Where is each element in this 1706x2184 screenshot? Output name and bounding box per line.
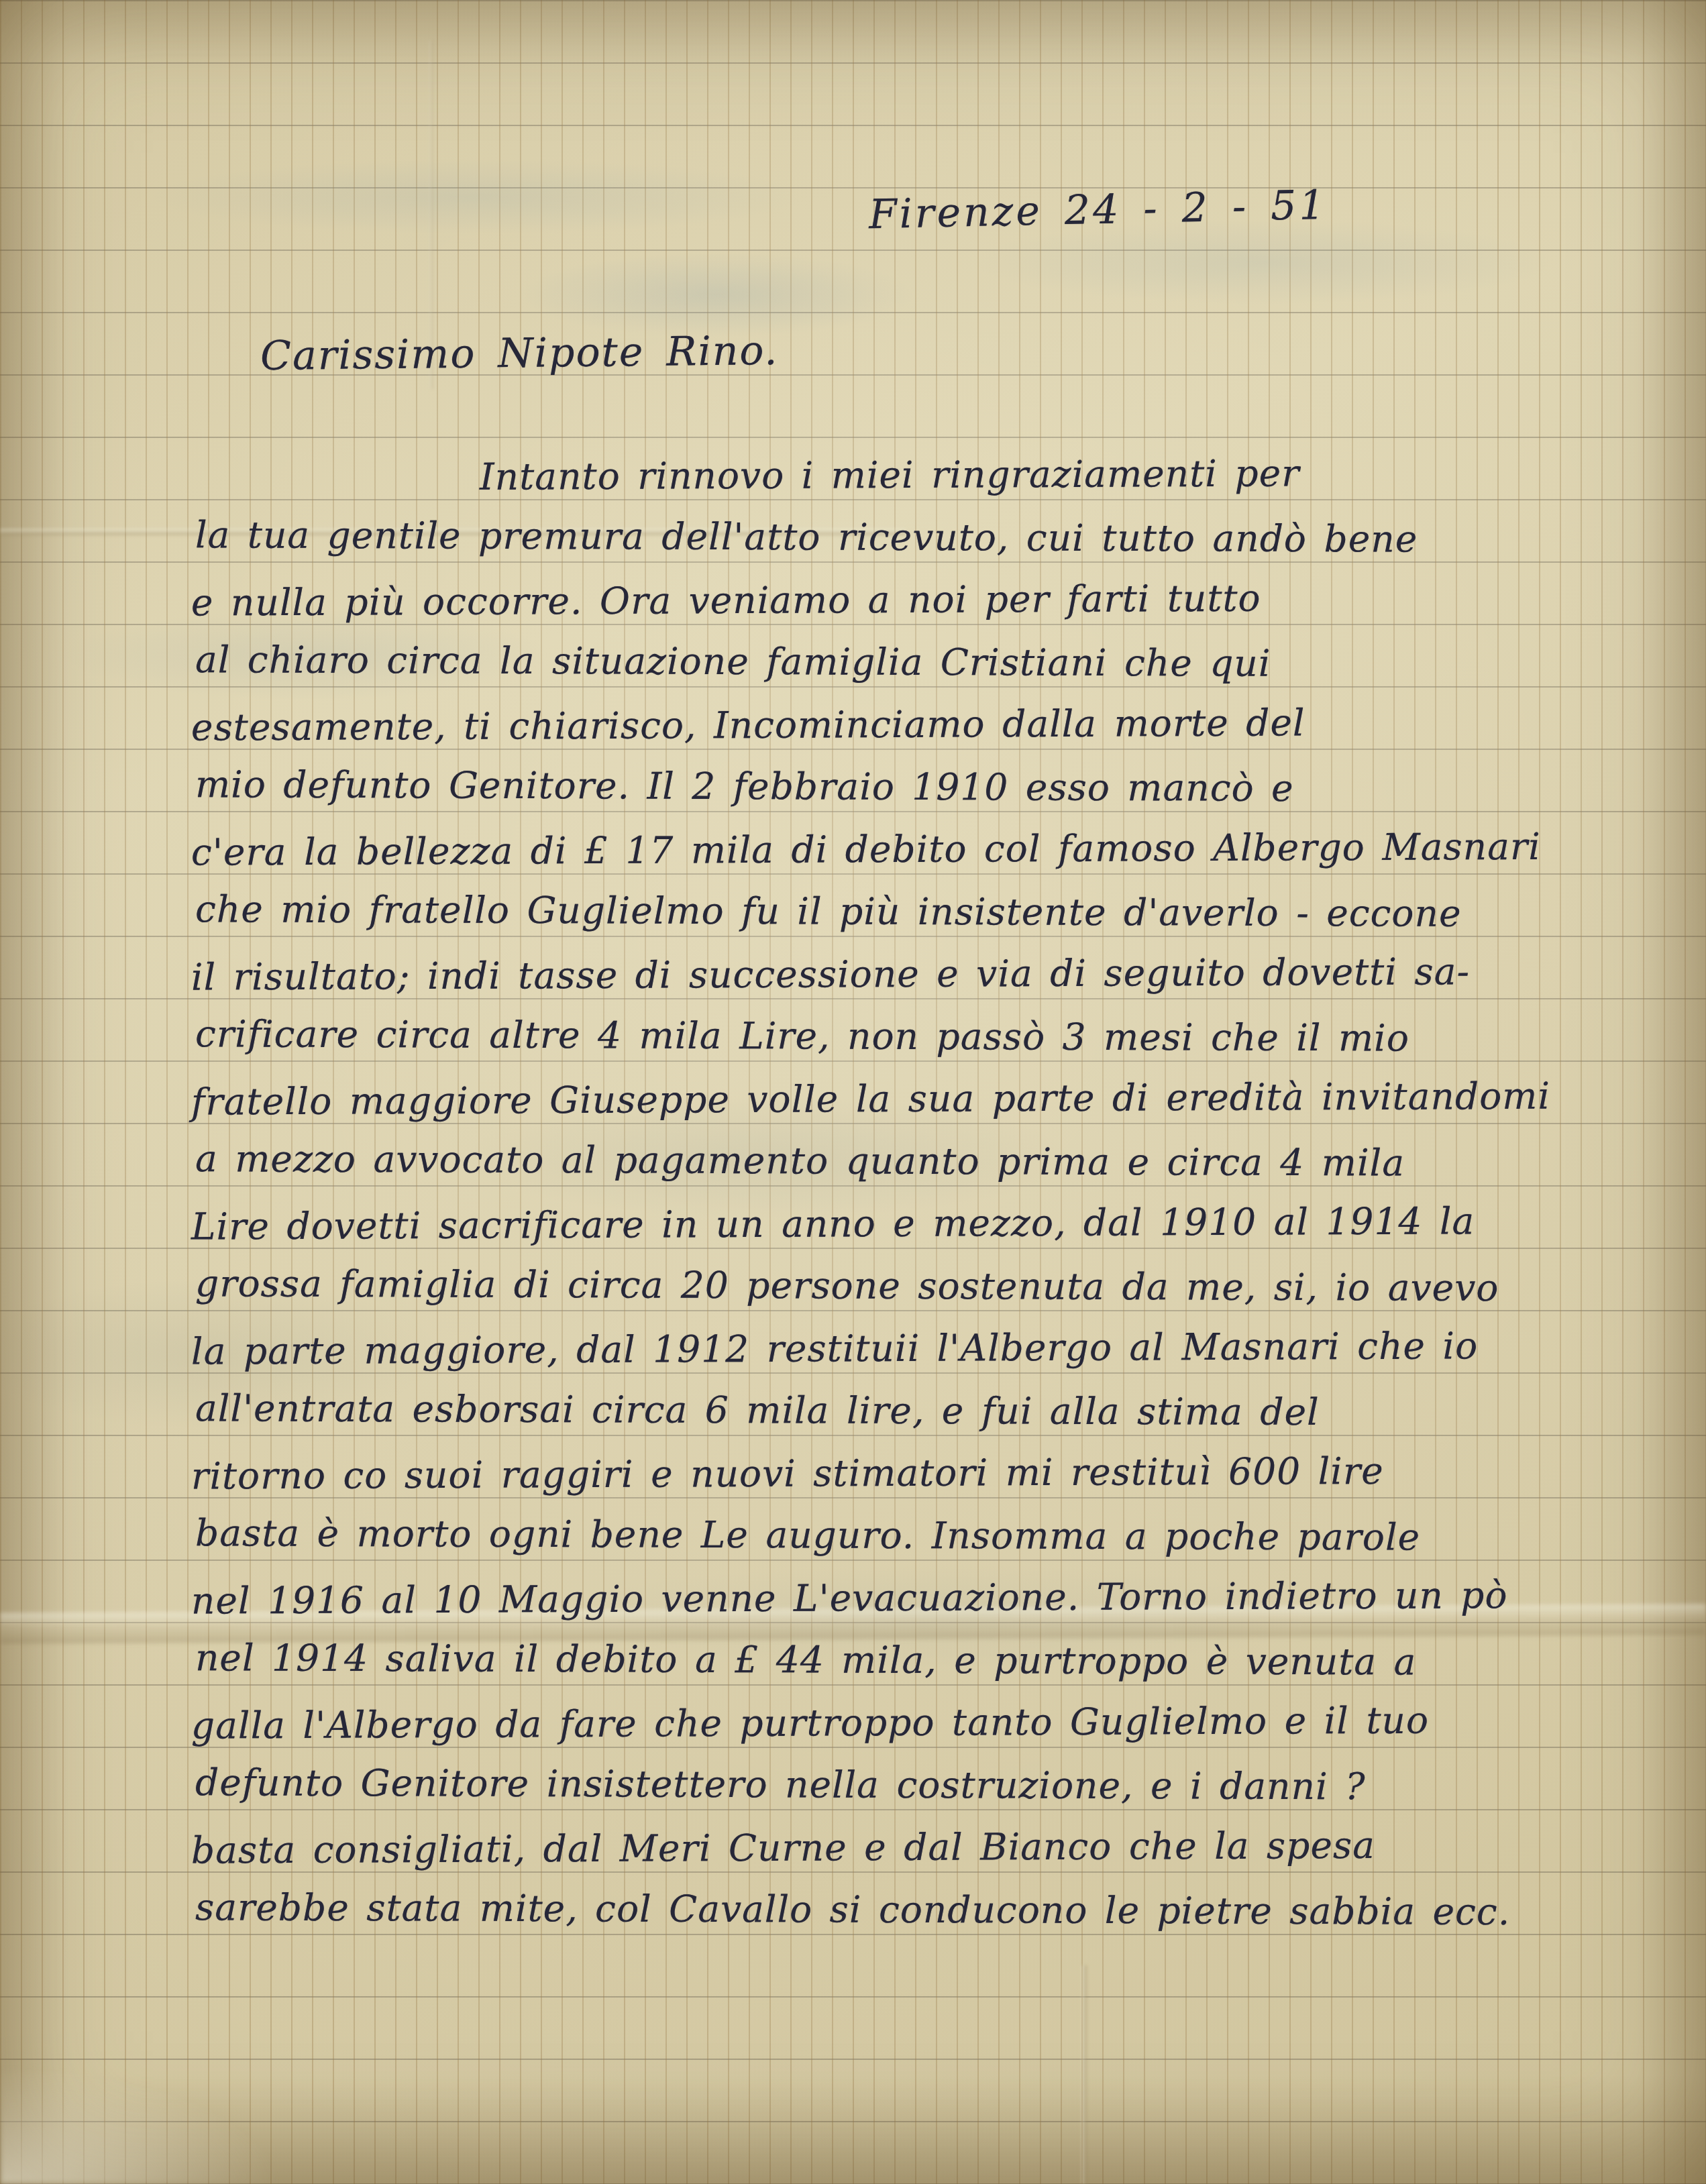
letter-line: Lire dovetti sacrificare in un anno e me… — [191, 1189, 1613, 1258]
letter-line: galla l'Albergo da fare che purtroppo ta… — [191, 1688, 1613, 1757]
letter-line: il risultato; indi tasse di successione … — [191, 940, 1613, 1008]
letter-line: mio defunto Genitore. Il 2 febbraio 1910… — [195, 753, 1617, 820]
letter-line: Intanto rinnovo i miei ringraziamenti pe… — [191, 441, 1613, 509]
letter-line: basta consigliati, dal Meri Curne e dal … — [191, 1813, 1613, 1881]
letter-line: all'entrata esborsai circa 6 mila lire, … — [195, 1377, 1617, 1444]
letter-line: nel 1916 al 10 Maggio venne L'evacuazion… — [191, 1564, 1613, 1632]
letter-line: grossa famiglia di circa 20 persone sost… — [195, 1252, 1617, 1319]
letter-line: la tua gentile premura dell'atto ricevut… — [195, 504, 1617, 571]
letter-line: estesamente, ti chiarisco, Incominciamo … — [191, 690, 1613, 759]
letter-date: Firenze 24 - 2 - 51 — [868, 182, 1328, 238]
letter-line: al chiaro circa la situazione famiglia C… — [195, 629, 1617, 696]
letter-salutation: Carissimo Nipote Rino. — [260, 327, 779, 380]
letter-line: defunto Genitore insistettero nella cost… — [195, 1751, 1617, 1818]
fold-crease-vertical-bottom — [1081, 1965, 1087, 2184]
letter-line: crificare circa altre 4 mila Lire, non p… — [195, 1003, 1617, 1070]
letter-line: la parte maggiore, dal 1912 restituii l'… — [191, 1314, 1613, 1382]
letter-page: Firenze 24 - 2 - 51 Carissimo Nipote Rin… — [0, 0, 1706, 2184]
letter-line: sarebbe stata mite, col Cavallo si condu… — [195, 1876, 1617, 1943]
letter-line: nel 1914 saliva il debito a £ 44 mila, e… — [195, 1627, 1617, 1694]
letter-line: ritorno co suoi raggiri e nuovi stimator… — [191, 1439, 1613, 1507]
paper-corner-highlight — [0, 2066, 282, 2184]
letter-body: Intanto rinnovo i miei ringraziamenti pe… — [191, 444, 1613, 1941]
letter-line: basta è morto ogni bene Le auguro. Insom… — [195, 1502, 1617, 1569]
letter-line: e nulla più occorre. Ora veniamo a noi p… — [191, 565, 1613, 634]
letter-line: c'era la bellezza di £ 17 mila di debito… — [191, 815, 1613, 883]
letter-line: che mio fratello Guglielmo fu il più ins… — [195, 878, 1617, 945]
letter-line: a mezzo avvocato al pagamento quanto pri… — [195, 1128, 1617, 1195]
letter-line: fratello maggiore Giuseppe volle la sua … — [191, 1064, 1613, 1133]
